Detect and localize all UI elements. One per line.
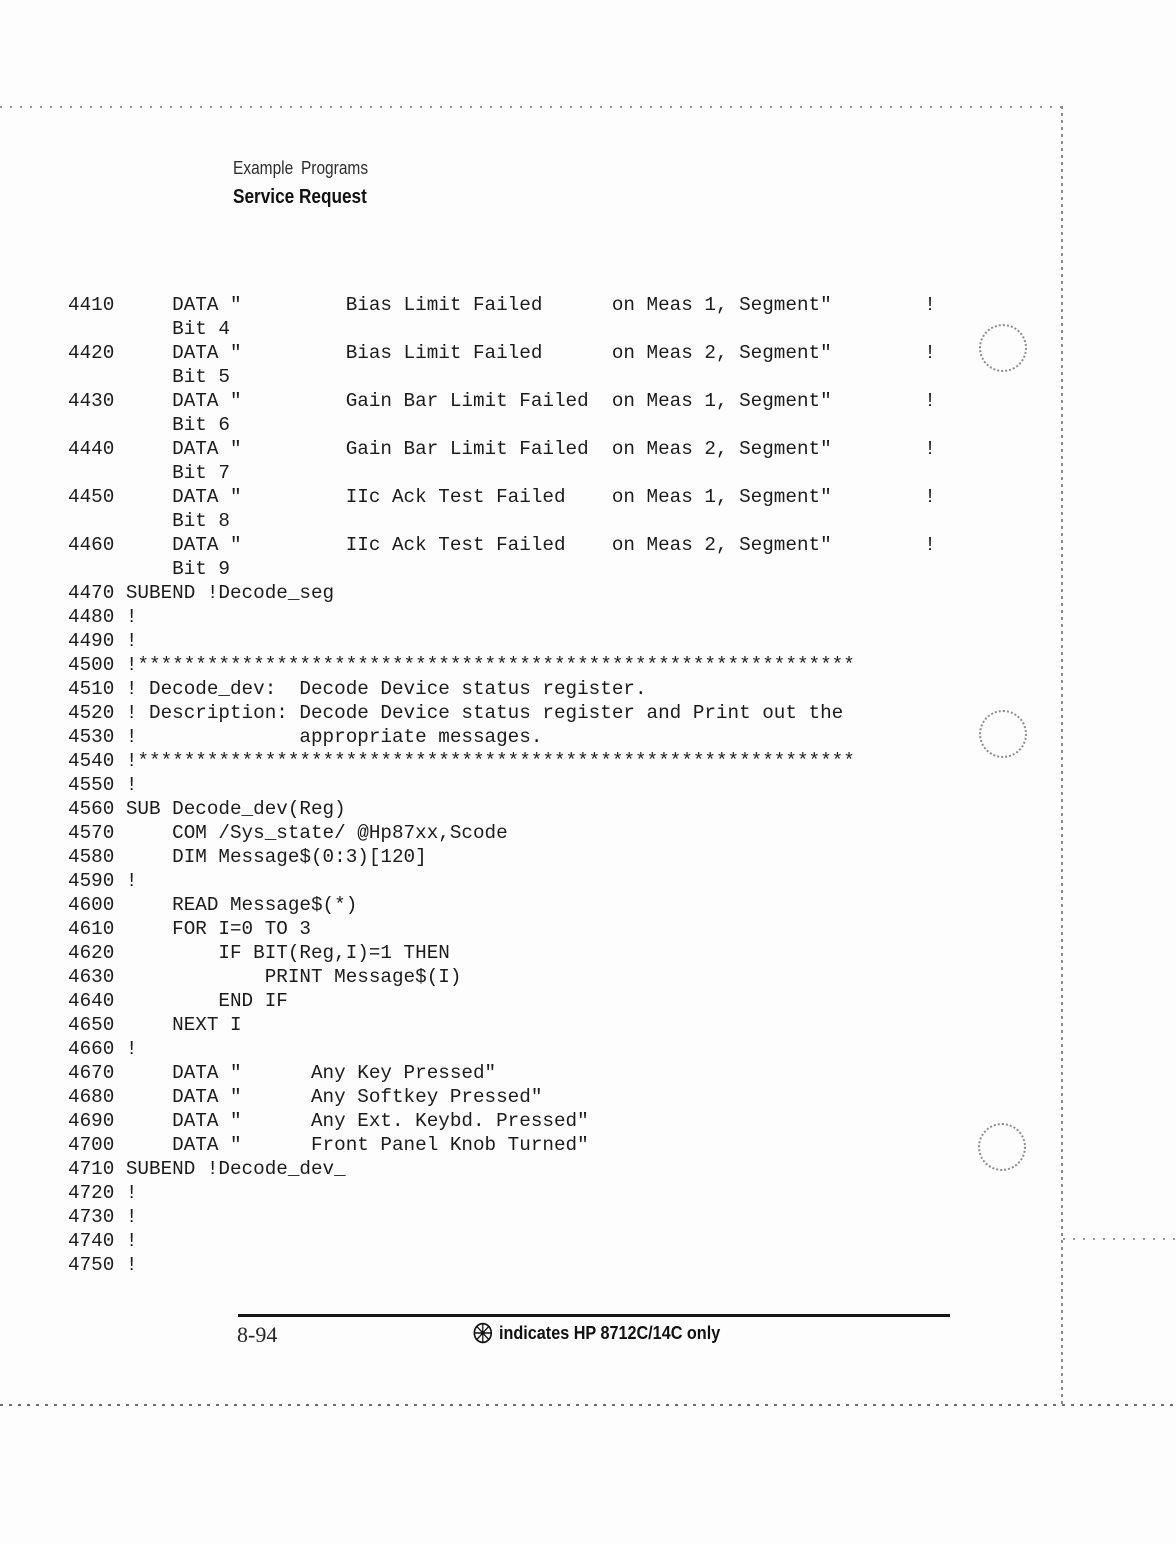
footer-rule (238, 1314, 950, 1317)
footer-note-text: indicates HP 8712C/14C only (499, 1323, 720, 1344)
scan-edge-right-vertical (1061, 106, 1063, 1406)
scan-edge-bottom (0, 1404, 1176, 1406)
spoked-wheel-icon (472, 1321, 494, 1345)
chapter-title: Example Programs (233, 158, 368, 179)
page-number: 8-94 (237, 1322, 277, 1348)
footer-note: indicates HP 8712C/14C only (472, 1321, 720, 1345)
hole-punch-circle-top (979, 324, 1027, 372)
code-listing: 4410 DATA " Bias Limit Failed on Meas 1,… (68, 293, 936, 1277)
scan-edge-top (0, 106, 1062, 108)
hole-punch-circle-middle (979, 710, 1027, 758)
hole-punch-circle-bottom (978, 1123, 1026, 1171)
page-header: Example Programs Service Request (233, 158, 390, 209)
section-title: Service Request (233, 186, 368, 209)
scan-mark-right (1063, 1238, 1176, 1240)
